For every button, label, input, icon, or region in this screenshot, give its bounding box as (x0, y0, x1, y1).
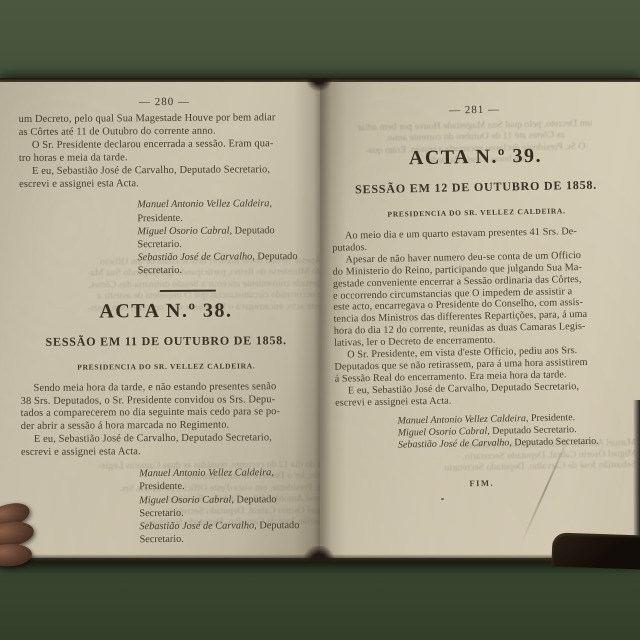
signature-block: Manuel Antonio Vellez Caldeira, Presiden… (397, 411, 626, 453)
paragraph: Apesar de não haver numero deu-se conta … (332, 249, 624, 350)
signature-line: Manuel Antonio Vellez Caldeira, Presiden… (139, 466, 313, 494)
session-heading: SESSÃO EM 12 DE OUTUBRO DE 1858. (331, 177, 621, 198)
fingertip (0, 543, 33, 567)
left-page: Apesar de não haver numero deu-se conta … (0, 82, 320, 558)
dark-object-corner (551, 532, 640, 569)
book-bottom-edge (0, 554, 640, 562)
signature-line: Manuel Antonio Vellez Caldeira, Presiden… (137, 197, 311, 225)
signer-role: , Deputado Secretario. (509, 436, 599, 449)
signer-role: , Presidente. (526, 412, 575, 424)
page-number: — 281 — (329, 101, 619, 119)
signature-line: Sebastião José de Carvalho, Deputado Sec… (139, 519, 313, 547)
paragraph: E eu, Sebastião José de Carvalho, Deputa… (19, 164, 311, 192)
paragraph: O Sr. Presidente, em vista d'este Offici… (334, 344, 625, 385)
signer-name: Miguel Osorio Cabral (398, 426, 488, 439)
paper-speck (441, 498, 444, 500)
binding-notch-top (306, 78, 332, 91)
signer-role: , Deputado Secretario. (487, 424, 577, 437)
session-heading: SESSÃO EM 11 DE OUTUBRO DE 1858. (20, 333, 312, 350)
paragraph: E eu, Sebastião José de Carvalho, Deputa… (335, 380, 625, 409)
book-photograph: Apesar de não haver numero deu-se conta … (0, 0, 640, 640)
signer-name: Miguel Osorio Cabral (137, 225, 229, 237)
signer-name: Manuel Antonio Vellez Caldeira (137, 199, 269, 211)
signer-name: Miguel Osorio Cabral (139, 494, 231, 506)
signature-line: Miguel Osorio Cabral, Deputado Secretari… (139, 492, 313, 520)
acta-38-title: ACTA N.º 38. (20, 299, 312, 324)
signer-name: Sebastião José de Carvalho (138, 252, 253, 264)
signature-line: Miguel Osorio Cabral, Deputado Secretari… (137, 224, 311, 252)
presidency-line: PRESIDENCIA DO SR. VELLEZ CALDEIRA. (331, 205, 621, 220)
book-gutter-shadow (294, 78, 346, 562)
section-divider (160, 289, 216, 291)
signer-name: Manuel Antonio Vellez Caldeira (397, 413, 526, 426)
paragraph: Sendo meia hora da tarde, e não estando … (20, 381, 312, 435)
paragraph: O Sr. Presidente declarou encerrada a se… (19, 138, 311, 166)
signature-block: Manuel Antonio Vellez Caldeira, Presiden… (137, 197, 312, 277)
acta-39-title: ACTA N.º 39. (330, 143, 620, 172)
hand-holding-page (0, 500, 60, 572)
paragraph: E eu, Sebastião José de Carvalho, Deputa… (21, 432, 313, 460)
presidency-line: PRESIDENCIA DO SR. VELLEZ CALDEIRA. (20, 361, 312, 372)
left-page-content: Apesar de não haver numero deu-se conta … (18, 87, 313, 547)
right-page-content: um Decreto, pelo qual Sua Magestade Houv… (329, 85, 627, 490)
signer-name: Sebastião José de Carvalho (398, 438, 510, 451)
signature-line: Sebastião José de Carvalho, Deputado Sec… (138, 250, 312, 278)
paragraph: um Decreto, pelo qual Sua Magestade Houv… (19, 112, 311, 140)
right-page: um Decreto, pelo qual Sua Magestade Houv… (320, 82, 640, 558)
signer-name: Sebastião José de Carvalho (139, 520, 254, 532)
signature-block: Manuel Antonio Vellez Caldeira, Presiden… (139, 466, 314, 546)
page-number: — 280 — (18, 95, 310, 109)
signer-name: Manuel Antonio Vellez Caldeira (139, 467, 271, 479)
